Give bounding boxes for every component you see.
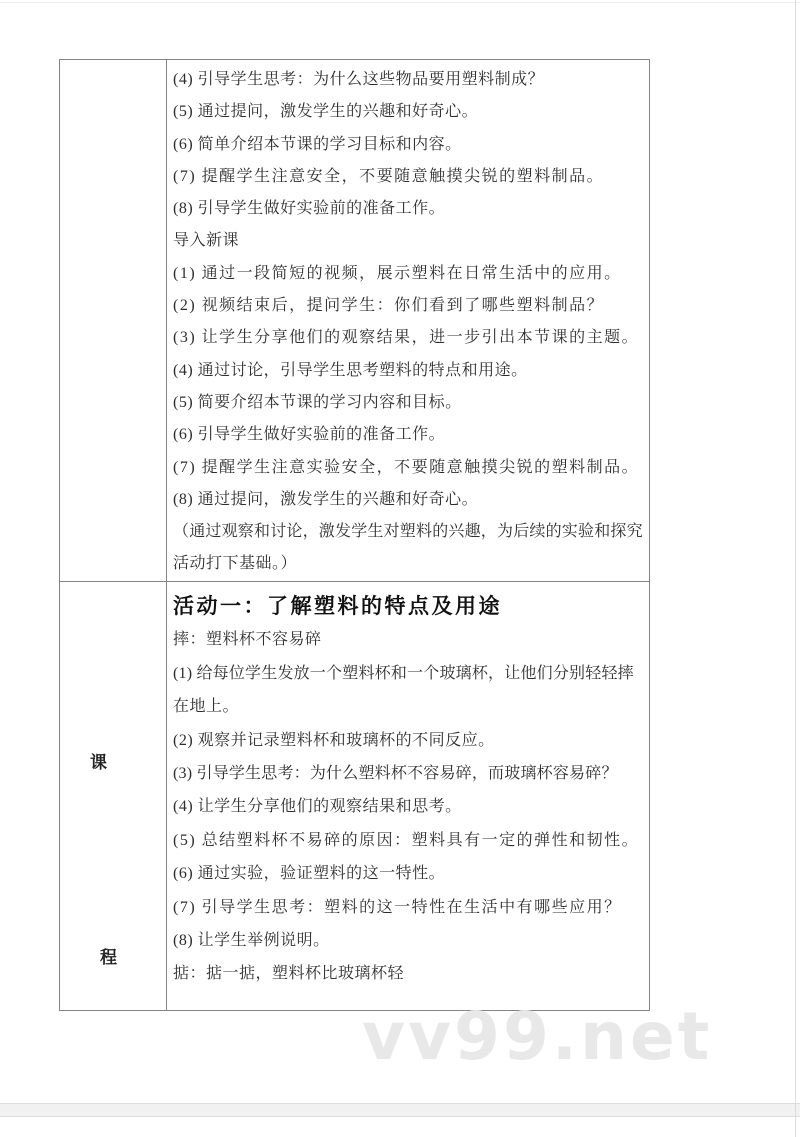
- text-line: (3) 引导学生思考：为什么塑料杯不容易碎，而玻璃杯容易碎？: [173, 757, 649, 790]
- text-line: (8) 通过提问，激发学生的兴趣和好奇心。: [173, 484, 649, 516]
- text-line: (2) 视频结束后，提问学生：你们看到了哪些塑料制品？: [173, 290, 649, 322]
- text-line: (2) 观察并记录塑料杯和玻璃杯的不同反应。: [173, 724, 649, 757]
- text-line: 摔：塑料杯不容易碎: [173, 623, 649, 656]
- text-line: (7) 引导学生思考：塑料的这一特性在生活中有哪些应用？: [173, 891, 649, 924]
- text-line: (8) 让学生举例说明。: [173, 924, 649, 957]
- text-line: (1) 给每位学生发放一个塑料杯和一个玻璃杯，让他们分别轻轻摔: [173, 657, 649, 690]
- text-line: （通过观察和讨论，激发学生对塑料的兴趣，为后续的实验和探究: [173, 516, 649, 548]
- text-line: (4) 通过讨论，引导学生思考塑料的特点和用途。: [173, 355, 649, 387]
- text-line: (6) 通过实验，验证塑料的这一特性。: [173, 857, 649, 890]
- page-top-divider: [0, 2, 800, 3]
- activity-one-heading: 活动一：了解塑料的特点及用途: [173, 590, 649, 623]
- page-break-separator: [0, 1103, 800, 1117]
- activity-one-cell: 活动一：了解塑料的特点及用途 摔：塑料杯不容易碎(1) 给每位学生发放一个塑料杯…: [167, 582, 649, 1011]
- watermark-text: vv99.net: [362, 1004, 712, 1070]
- text-line: (6) 引导学生做好实验前的准备工作。: [173, 419, 649, 451]
- text-line: 导入新课: [173, 225, 649, 257]
- text-line: 在地上。: [173, 690, 649, 723]
- text-line: (5) 总结塑料杯不易碎的原因：塑料具有一定的弹性和韧性。: [173, 824, 649, 857]
- lesson-plan-table: 课 程 (4) 引导学生思考：为什么这些物品要用塑料制成？(5) 通过提问，激发…: [59, 59, 650, 1011]
- text-line: 活动打下基础。）: [173, 548, 649, 580]
- text-line: 掂：掂一掂，塑料杯比玻璃杯轻: [173, 957, 649, 990]
- text-line: (3) 让学生分享他们的观察结果，进一步引出本节课的主题。: [173, 322, 649, 354]
- left-column-label-ke: 课: [90, 752, 107, 773]
- text-line: (4) 引导学生思考：为什么这些物品要用塑料制成？: [173, 64, 649, 96]
- page-right-edge: [795, 0, 796, 1137]
- intro-steps-cell: (4) 引导学生思考：为什么这些物品要用塑料制成？(5) 通过提问，激发学生的兴…: [167, 60, 649, 581]
- text-line: (7) 提醒学生注意安全，不要随意触摸尖锐的塑料制品。: [173, 161, 649, 193]
- text-line: (4) 让学生分享他们的观察结果和思考。: [173, 790, 649, 823]
- text-line: (6) 简单介绍本节课的学习目标和内容。: [173, 129, 649, 161]
- text-line: (5) 通过提问，激发学生的兴趣和好奇心。: [173, 96, 649, 128]
- text-line: (1) 通过一段简短的视频，展示塑料在日常生活中的应用。: [173, 258, 649, 290]
- text-line: (7) 提醒学生注意实验安全，不要随意触摸尖锐的塑料制品。: [173, 452, 649, 484]
- text-line: (8) 引导学生做好实验前的准备工作。: [173, 193, 649, 225]
- left-column-label-cheng: 程: [100, 947, 117, 968]
- text-line: (5) 简要介绍本节课的学习内容和目标。: [173, 387, 649, 419]
